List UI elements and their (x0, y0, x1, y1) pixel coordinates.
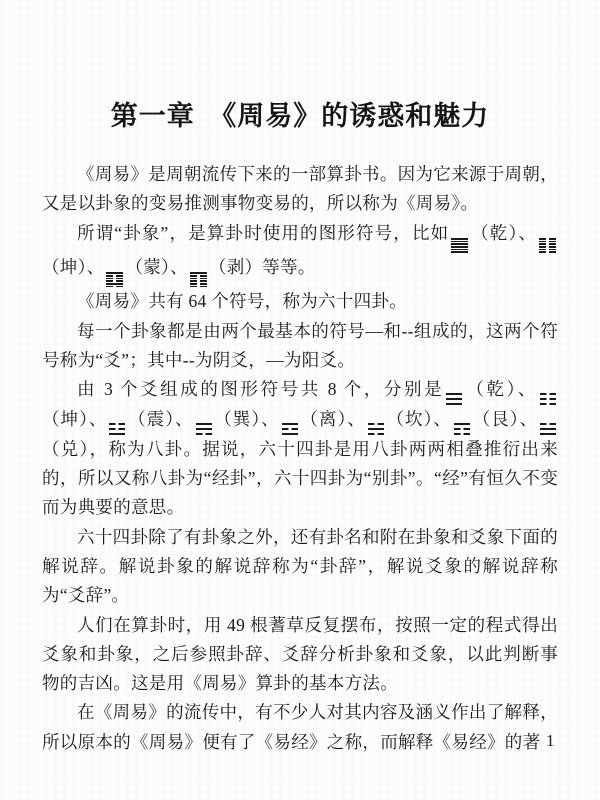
meng-hexagram-icon (106, 272, 123, 287)
kun-hexagram-icon (539, 238, 556, 253)
text-run: 由 3 个爻组成的图形符号共 8 个，分别是 (77, 379, 444, 399)
qian-hexagram-icon (451, 238, 468, 253)
text-run: （坤）、 (42, 257, 104, 277)
text-run: 人们在算卦时，用 49 根蓍草反复摆布，按照一定的程式得出爻象和卦象，之后参照卦… (42, 615, 558, 694)
paragraph-4: 每一个卦象都是由两个最基本的符号—和--组成的，这两个符号称为“爻”；其中--为… (42, 317, 558, 376)
zhen-trigram-icon (109, 423, 125, 435)
text-run: （巽）、 (214, 409, 280, 429)
text-run: 六十四卦除了有卦象之外，还有卦名和附在卦象和爻象下面的解说辞。解说卦象的解说辞称… (42, 527, 558, 606)
paragraph-5: 由 3 个爻组成的图形符号共 8 个，分别是（乾）、（坤）、（震）、（巽）、（离… (42, 375, 558, 523)
book-page: 第一章 《周易》的诱惑和魅力 《周易》是周朝流传下来的一部算卦书。因为它来源于周… (0, 0, 600, 800)
page-number: 1 (546, 731, 555, 751)
text-run: （蒙）、 (125, 257, 187, 277)
text-run: 所谓“卦象”，是算卦时使用的图形符号，比如 (77, 223, 449, 243)
paragraph-2: 所谓“卦象”，是算卦时使用的图形符号，比如（乾）、（坤）、（蒙）、（剥）等等。 (42, 219, 558, 288)
text-run: （兑），称为八卦。据说，六十四卦是用八卦两两相叠推衍出来的，所以又称八卦为“经卦… (42, 439, 558, 518)
kan-trigram-icon (368, 423, 384, 435)
kun-trigram-icon (540, 393, 556, 405)
text-run: 《周易》是周朝流传下来的一部算卦书。因为它来源于周朝，又是以卦象的变易推测事物变… (42, 164, 558, 213)
text-run: （乾）、 (464, 379, 538, 399)
text-run: （艮）、 (472, 409, 538, 429)
text-run: 在《周易》的流传中，有不少人对其内容及涵义作出了解释，所以原本的《周易》便有了《… (42, 702, 558, 751)
qian-trigram-icon (446, 393, 462, 405)
paragraph-6: 六十四卦除了有卦象之外，还有卦名和附在卦象和爻象下面的解说辞。解说卦象的解说辞称… (42, 523, 558, 611)
text-run: （剥）等等。 (209, 257, 316, 277)
bo-hexagram-icon (190, 272, 207, 287)
text-run: （乾）、 (470, 223, 537, 243)
gen-trigram-icon (454, 423, 470, 435)
text-run: 《周易》共有 64 个符号，称为六十四卦。 (77, 291, 407, 311)
paragraph-8: 在《周易》的流传中，有不少人对其内容及涵义作出了解释，所以原本的《周易》便有了《… (42, 698, 558, 757)
xun-trigram-icon (196, 423, 212, 435)
text-run: （震）、 (127, 409, 193, 429)
paragraph-1: 《周易》是周朝流传下来的一部算卦书。因为它来源于周朝，又是以卦象的变易推测事物变… (42, 160, 558, 219)
text-run: （离）、 (300, 409, 366, 429)
text-run: （坤）、 (42, 409, 107, 429)
paragraph-3: 《周易》共有 64 个符号，称为六十四卦。 (42, 287, 558, 316)
chapter-title: 第一章 《周易》的诱惑和魅力 (0, 0, 600, 133)
dui-trigram-icon (540, 423, 556, 435)
body-text: 《周易》是周朝流传下来的一部算卦书。因为它来源于周朝，又是以卦象的变易推测事物变… (42, 160, 558, 757)
li-trigram-icon (282, 423, 298, 435)
text-run: 每一个卦象都是由两个最基本的符号—和--组成的，这两个符号称为“爻”；其中--为… (42, 321, 558, 370)
text-run: （坎）、 (386, 409, 452, 429)
paragraph-7: 人们在算卦时，用 49 根蓍草反复摆布，按照一定的程式得出爻象和卦象，之后参照卦… (42, 611, 558, 699)
